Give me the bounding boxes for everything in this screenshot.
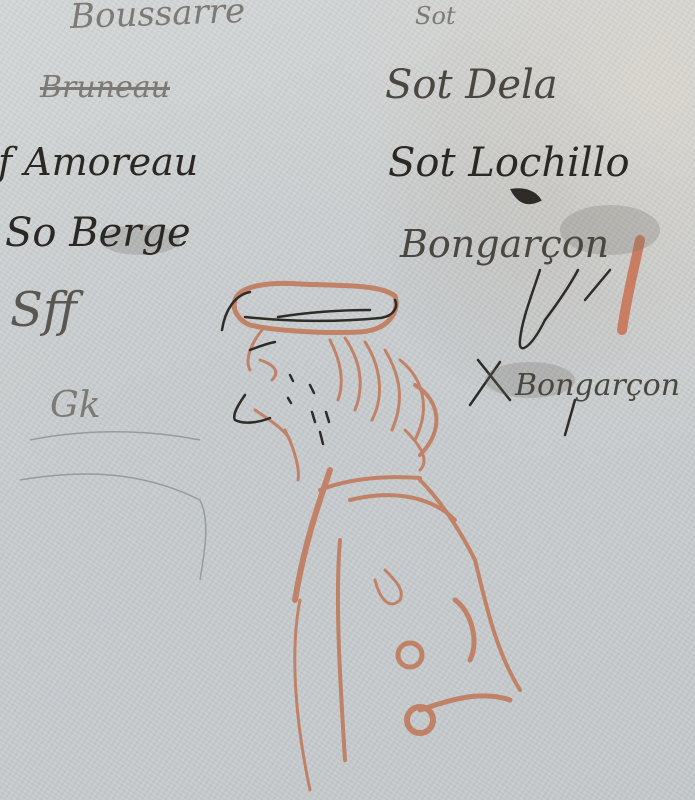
inscription-line3-right: Bongarçon [400,222,609,266]
inscription-line3-left: So Berge [5,210,191,256]
inscription-line2-right: Sot Lochillo [388,140,630,186]
inscription-line1-right: Sot Dela [385,62,558,108]
inscription-lower-left-mark: Gk [50,385,101,426]
inscription-top-left-faded: Boussarre [69,0,245,37]
inscription-line4-left: Sff [10,282,77,338]
inscription-line5-right: Bongarçon [515,368,680,403]
inscription-top-left-struck: Bruneau [40,70,170,105]
inscription-line2-left: f Amoreau [0,140,198,184]
manuscript-page: Boussarre Bruneau Sot Sot Dela f Amoreau… [0,0,695,800]
inscription-top-right-mark: Sot [415,2,456,30]
